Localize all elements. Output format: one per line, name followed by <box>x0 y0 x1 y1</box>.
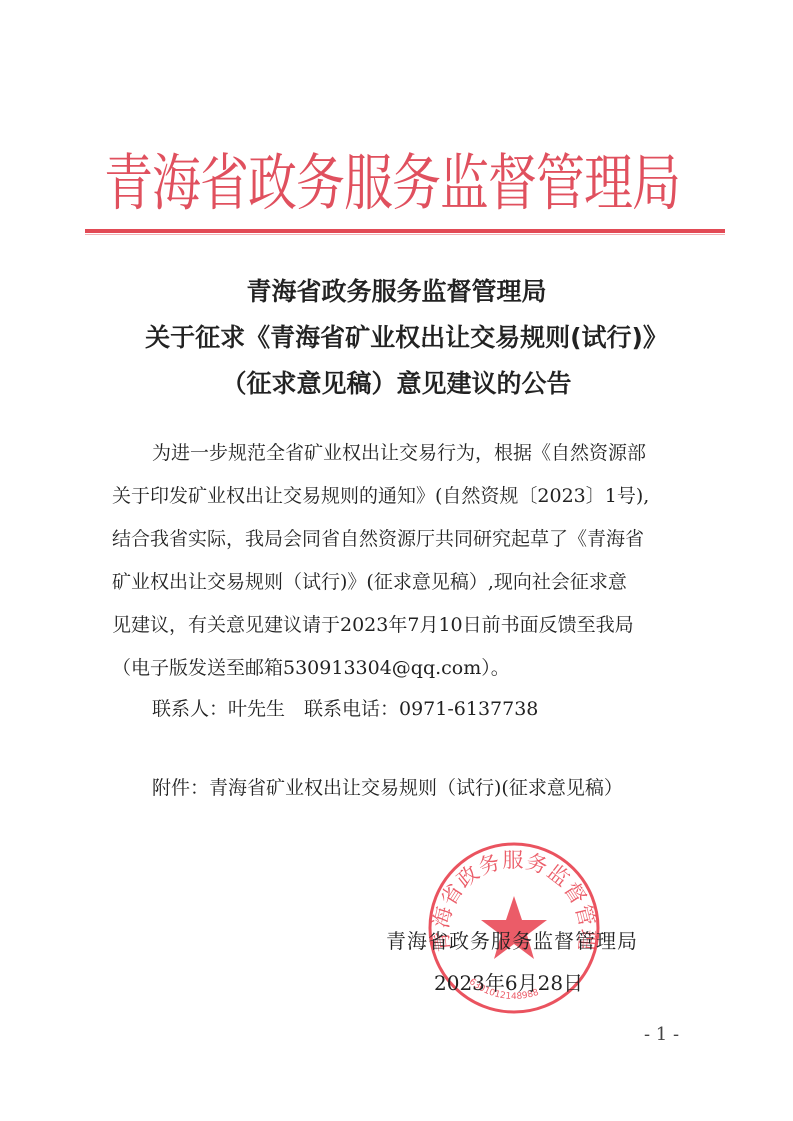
body-line-2: 关于印发矿业权出让交易规则的通知》(自然资规〔2023〕1号), <box>112 479 712 513</box>
body-line-5: 见建议，有关意见建议请于2023年7月10日前书面反馈至我局 <box>112 608 712 642</box>
document-title-line-2: 关于征求《青海省矿业权出让交易规则(试行)》 <box>10 318 793 354</box>
masthead-org-name: 青海省政务服务监督管理局 <box>104 140 704 228</box>
body-line-3: 结合我省实际，我局会同省自然资源厅共同研究起草了《青海省 <box>112 522 712 556</box>
document-title-line-3: （征求意见稿）意见建议的公告 <box>0 364 793 400</box>
document-title-line-1: 青海省政务服务监督管理局 <box>0 272 793 308</box>
signature-org: 青海省政务服务监督管理局 <box>386 925 638 954</box>
attachment-line: 附件：青海省矿业权出让交易规则（试行)(征求意见稿） <box>152 771 752 805</box>
signature-date: 2023年6月28日 <box>434 967 583 996</box>
body-line-1: 为进一步规范全省矿业权出让交易行为，根据《自然资源部 <box>152 436 752 470</box>
body-line-6: （电子版发送至邮箱530913304@qq.com）。 <box>112 651 712 685</box>
page-number: - 1 - <box>644 1024 679 1045</box>
body-line-4: 矿业权出让交易规则（试行)》(征求意见稿）,现向社会征求意 <box>112 565 712 599</box>
masthead-red-rule-thin <box>85 234 725 235</box>
masthead-red-rule <box>85 229 725 233</box>
contact-line: 联系人：叶先生 联系电话：0971-6137738 <box>152 692 752 726</box>
